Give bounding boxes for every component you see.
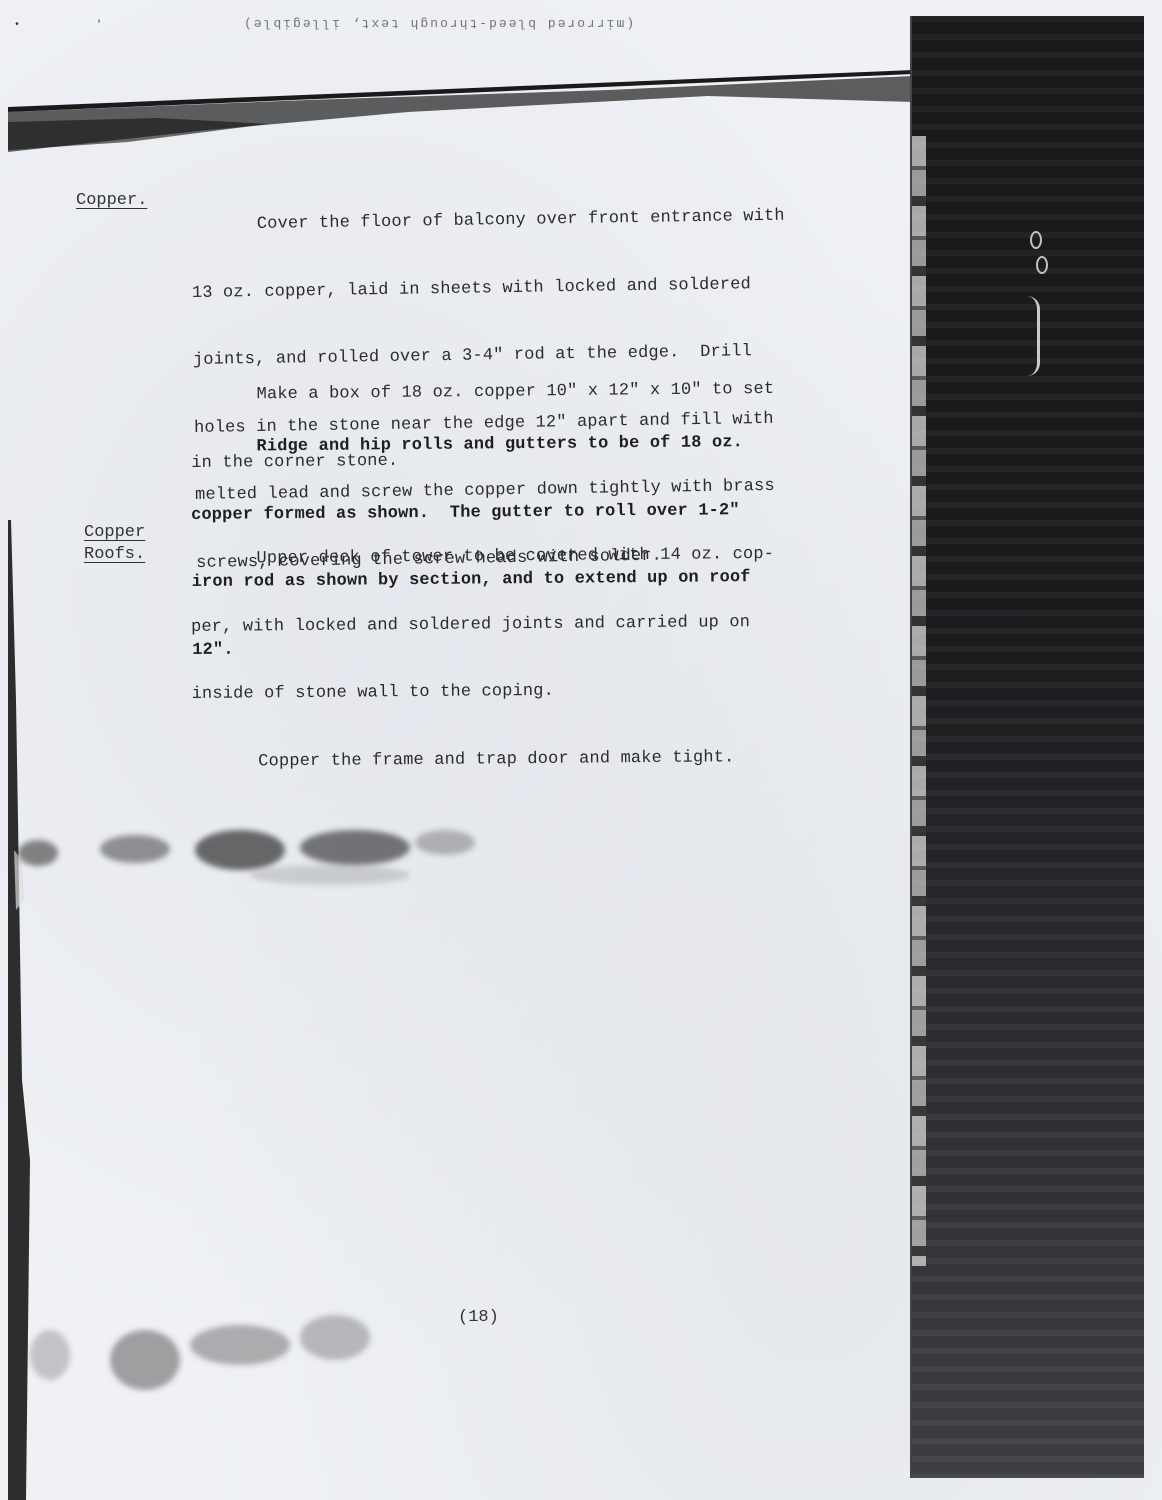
toner-smudge [18,840,58,866]
scan-speck: ' [96,20,102,31]
left-edge-shadow [4,520,34,1500]
copy-edge-smear [8,62,913,152]
scanned-document-page: • ' (mirrored bleed-through text, illegi… [0,0,1162,1500]
margin-label-copper-roofs: Copper Roofs. [84,522,145,566]
toner-smudge [190,1325,290,1365]
toner-smudge [250,865,410,885]
scan-speck: • [14,20,20,31]
text-line: Cover the floor of balcony over front en… [191,205,851,238]
toner-smudge [300,830,410,865]
toner-smudge [110,1330,180,1390]
text-line: Upper deck of tower to be covered with 1… [190,543,850,571]
margin-label-text: Roofs. [84,544,145,566]
page-number: (18) [458,1308,499,1327]
margin-label-copper: Copper. [76,190,147,212]
toner-smudge [300,1315,370,1360]
toner-smudge [195,830,285,870]
band-glint [1027,296,1040,376]
paragraph-upper-deck-tower: Upper deck of tower to be covered with 1… [190,498,853,819]
band-edge-strip [912,136,926,1266]
text-line: Ridge and hip rolls and gutters to be of… [190,431,850,459]
toner-smudge [100,835,170,863]
band-glint [1036,256,1048,274]
margin-label-text: Copper. [76,191,147,210]
text-line: Copper the frame and trap door and make … [192,746,852,774]
band-glint [1030,231,1042,249]
text-line: 13 oz. copper, laid in sheets with locke… [192,272,852,305]
toner-smudge [30,1330,70,1380]
text-line: per, with locked and soldered joints and… [191,611,851,639]
margin-label-text: Copper [84,522,145,544]
bleed-through-text: (mirrored bleed-through text, illegible) [242,16,634,31]
toner-smudge [415,830,475,855]
binding-shadow-band [910,16,1144,1478]
text-line: inside of stone wall to the coping. [192,678,852,706]
